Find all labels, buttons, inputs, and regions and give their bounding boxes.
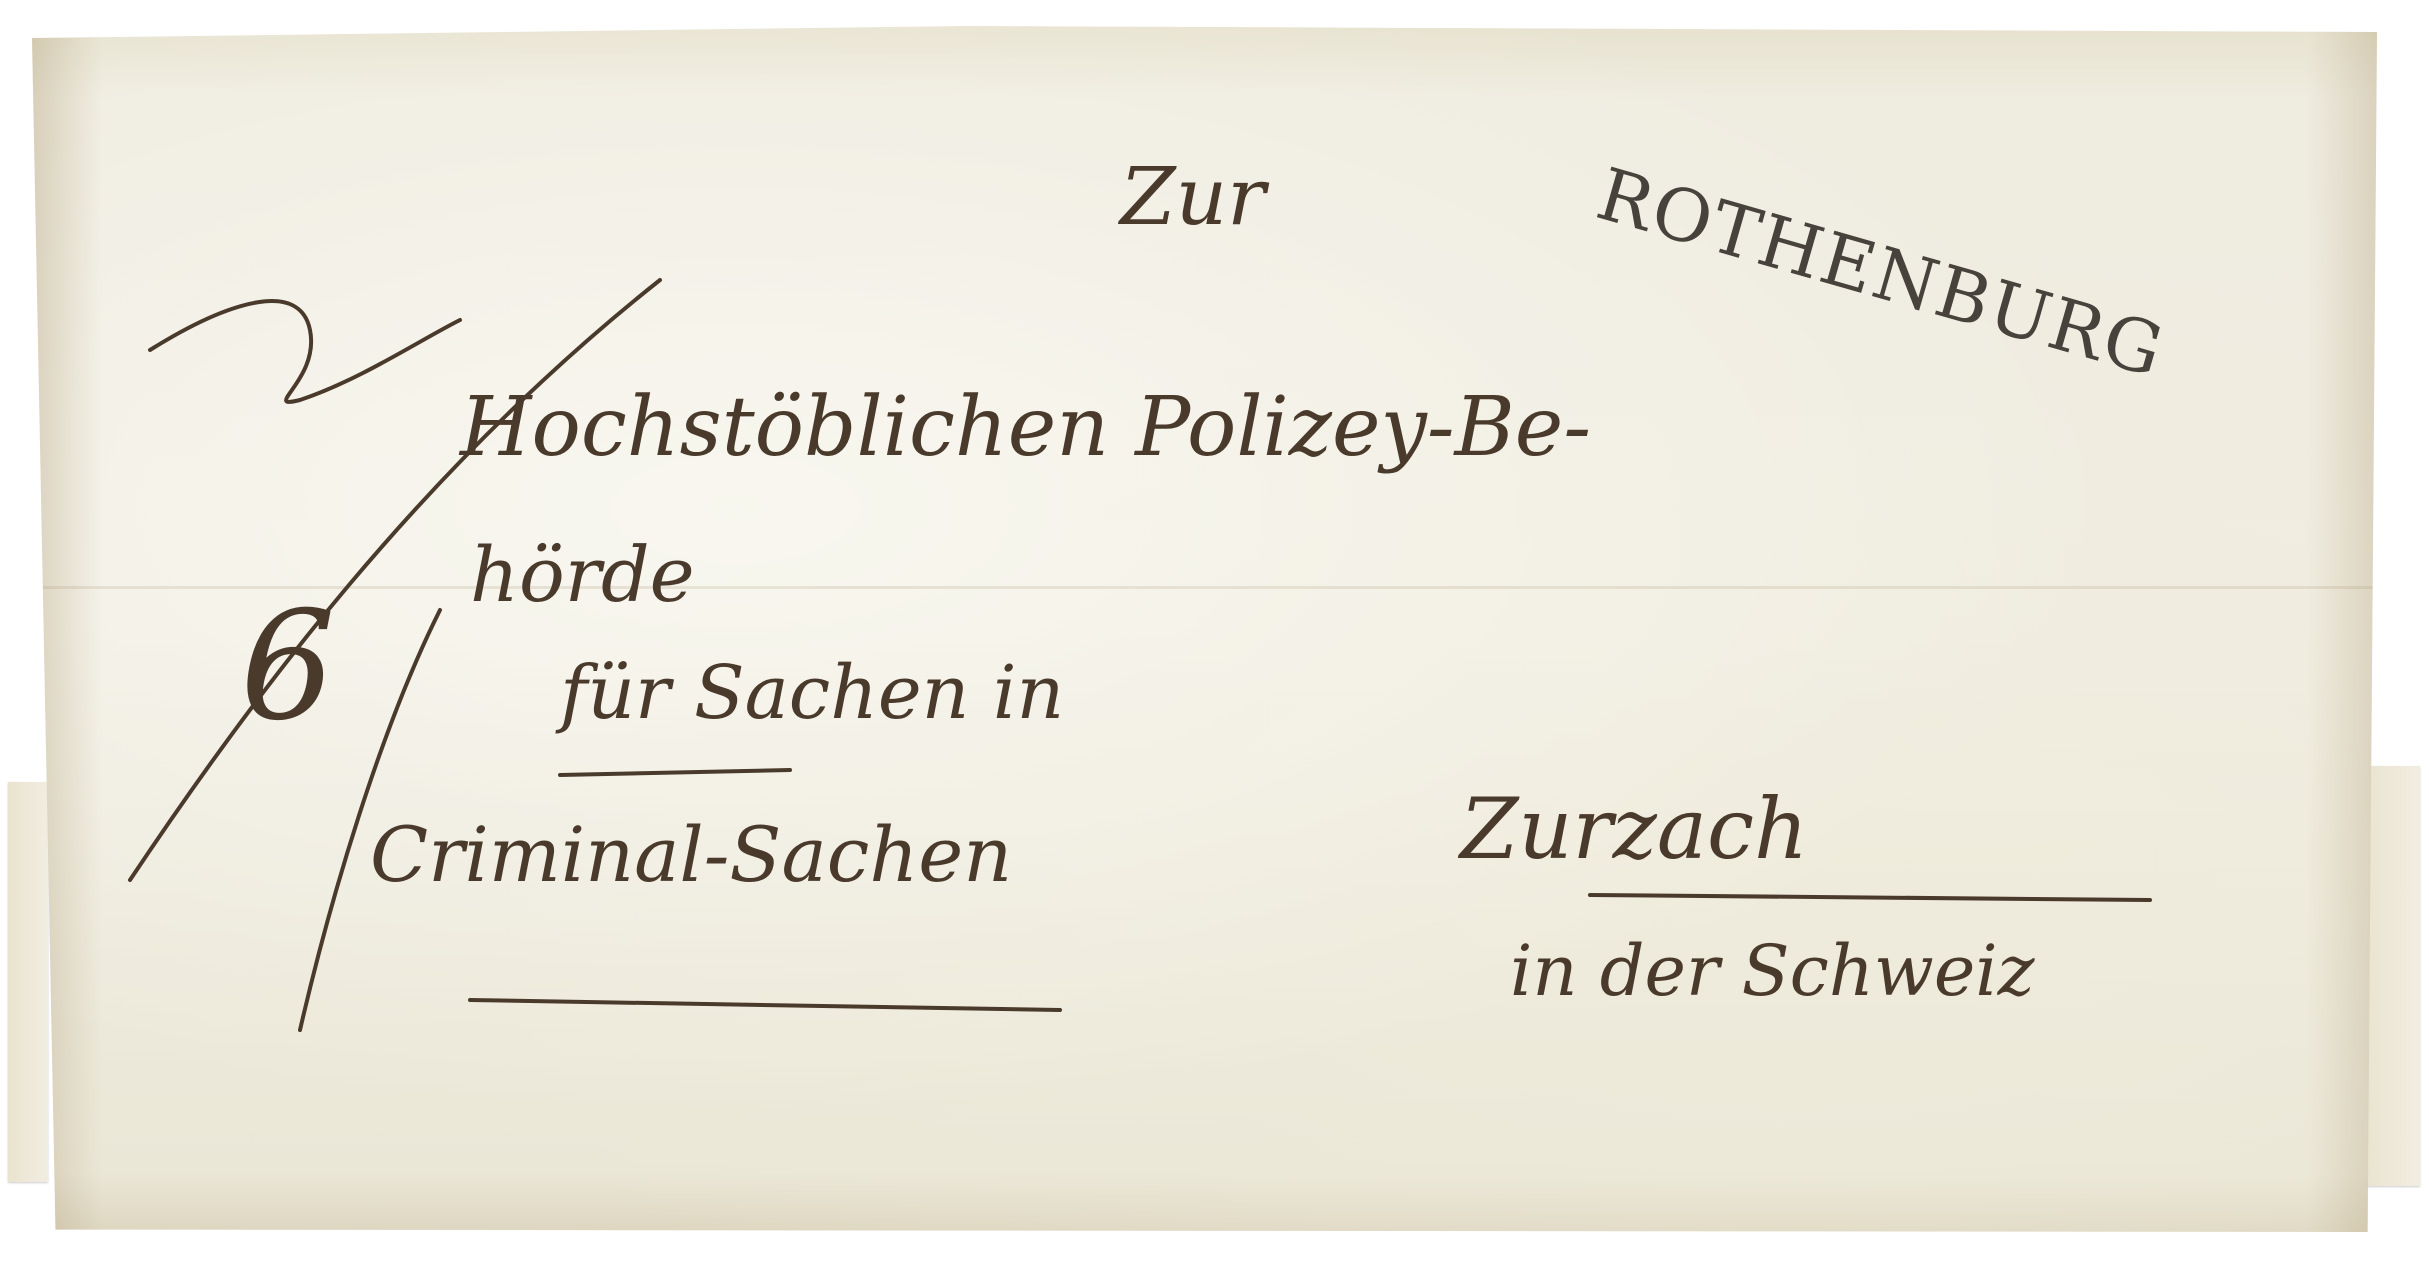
pen-flourishes — [0, 0, 2429, 1269]
underline-destination — [1590, 895, 2150, 900]
rate-flourish — [150, 301, 460, 402]
underline-criminal — [470, 1000, 1060, 1010]
rate-stroke-short — [300, 610, 440, 1030]
underline-fuer — [560, 770, 790, 775]
rate-stroke-long — [130, 280, 660, 880]
